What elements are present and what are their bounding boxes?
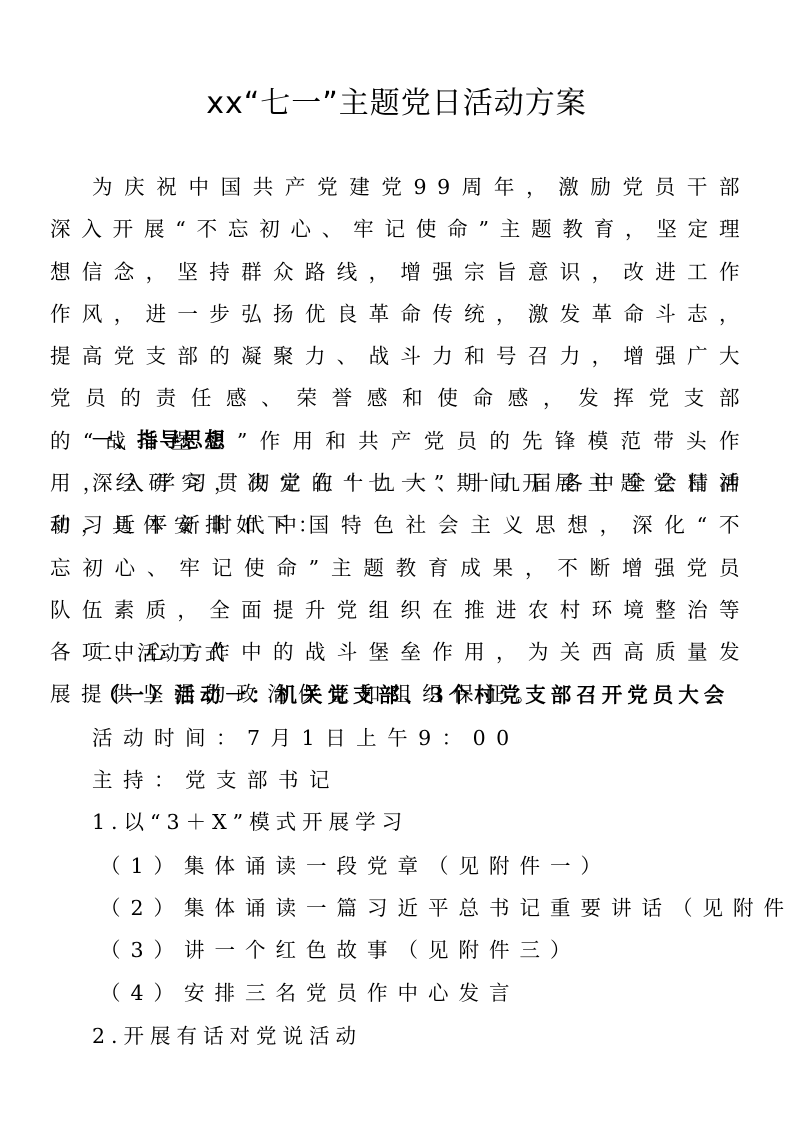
step-two-label: 2.开展有话对党说活动 <box>92 1015 362 1057</box>
activity-time: 活动时间：7月1日上午9：00 <box>92 717 520 759</box>
step-one-item-4: （4）安排三名党员作中心发言 <box>100 972 520 1014</box>
step-one-item-3: （3）讲一个红色故事（见附件三） <box>100 929 581 971</box>
section-heading-guiding-ideology: 一、指导思想 <box>92 419 227 461</box>
activity-host: 主持：党支部书记 <box>92 759 340 801</box>
step-one-item-2: （2）集体诵读一篇习近平总书记重要讲话（见附件二） <box>100 887 793 929</box>
section-heading-activity-methods: 二、活动方式 <box>92 632 227 674</box>
subsection-heading-activity-one: （一）活动一：机关党支部、3个村党支部召开党员大会 <box>98 674 729 716</box>
document-title: xx“七一”主题党日活动方案 <box>0 82 793 126</box>
step-one-label: 1.以“3＋X”模式开展学习 <box>92 801 408 843</box>
document-page: xx“七一”主题党日活动方案 为庆祝中国共产党建党99周年，激励党员干部深入开展… <box>0 0 793 1122</box>
step-one-item-1: （1）集体诵读一段党章（见附件一） <box>100 845 611 887</box>
